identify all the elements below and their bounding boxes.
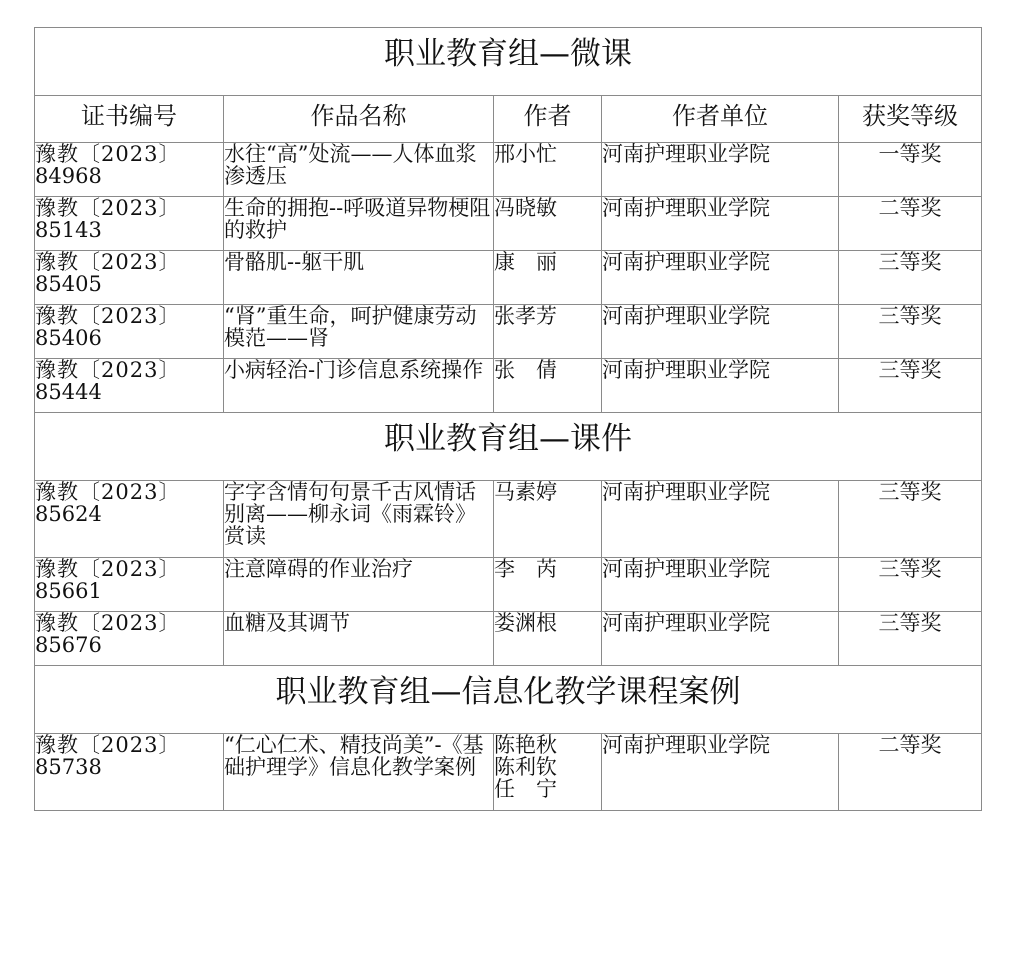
table-row: 豫教〔2023〕85143 生命的拥抱--呼吸道异物梗阻的救护 冯晓敏 河南护理…	[35, 197, 982, 251]
author-unit: 河南护理职业学院	[602, 143, 839, 197]
award-grade: 三等奖	[839, 558, 982, 612]
work-title: 注意障碍的作业治疗	[224, 558, 494, 612]
cert-number: 豫教〔2023〕85444	[35, 359, 224, 413]
column-header-author: 作者	[494, 96, 602, 143]
author: 邢小忙	[494, 143, 602, 197]
author-name: 陈艳秋	[494, 734, 601, 756]
author-name: 陈利钦	[494, 756, 601, 778]
author-unit: 河南护理职业学院	[602, 251, 839, 305]
column-header-unit: 作者单位	[602, 96, 839, 143]
column-header-title: 作品名称	[224, 96, 494, 143]
author-unit: 河南护理职业学院	[602, 305, 839, 359]
award-grade: 一等奖	[839, 143, 982, 197]
work-title: 生命的拥抱--呼吸道异物梗阻的救护	[224, 197, 494, 251]
work-title: 血糖及其调节	[224, 612, 494, 666]
table-row: 豫教〔2023〕85444 小病轻治-门诊信息系统操作 张 倩 河南护理职业学院…	[35, 359, 982, 413]
cert-number: 豫教〔2023〕85676	[35, 612, 224, 666]
award-grade: 二等奖	[839, 734, 982, 811]
award-grade: 二等奖	[839, 197, 982, 251]
table-row: 豫教〔2023〕85676 血糖及其调节 娄渊根 河南护理职业学院 三等奖	[35, 612, 982, 666]
cert-number: 豫教〔2023〕85143	[35, 197, 224, 251]
author-unit: 河南护理职业学院	[602, 481, 839, 558]
section-title: 职业教育组—课件	[35, 413, 982, 481]
author-unit: 河南护理职业学院	[602, 734, 839, 811]
award-grade: 三等奖	[839, 359, 982, 413]
cert-number: 豫教〔2023〕85738	[35, 734, 224, 811]
table-row: 豫教〔2023〕85406 “肾”重生命，呵护健康劳动模范——肾 张孝芳 河南护…	[35, 305, 982, 359]
award-grade: 三等奖	[839, 305, 982, 359]
column-header-grade: 获奖等级	[839, 96, 982, 143]
award-table: 职业教育组—微课 证书编号 作品名称 作者 作者单位 获奖等级 豫教〔2023〕…	[34, 27, 982, 811]
section-title: 职业教育组—微课	[35, 28, 982, 96]
author-unit: 河南护理职业学院	[602, 197, 839, 251]
table-row: 豫教〔2023〕84968 水往“高”处流——人体血浆渗透压 邢小忙 河南护理职…	[35, 143, 982, 197]
award-grade: 三等奖	[839, 612, 982, 666]
author-unit: 河南护理职业学院	[602, 558, 839, 612]
award-grade: 三等奖	[839, 251, 982, 305]
work-title: “仁心仁术、精技尚美”-《基础护理学》信息化教学案例	[224, 734, 494, 811]
author: 冯晓敏	[494, 197, 602, 251]
cert-number: 豫教〔2023〕85406	[35, 305, 224, 359]
author: 李 芮	[494, 558, 602, 612]
table-row: 豫教〔2023〕85405 骨骼肌--躯干肌 康 丽 河南护理职业学院 三等奖	[35, 251, 982, 305]
author-name: 任 宁	[494, 778, 601, 800]
work-title: 字字含情句句景千古风情话别离——柳永词《雨霖铃》赏读	[224, 481, 494, 558]
author: 陈艳秋 陈利钦 任 宁	[494, 734, 602, 811]
work-title: “肾”重生命，呵护健康劳动模范——肾	[224, 305, 494, 359]
work-title: 小病轻治-门诊信息系统操作	[224, 359, 494, 413]
table-row: 豫教〔2023〕85738 “仁心仁术、精技尚美”-《基础护理学》信息化教学案例…	[35, 734, 982, 811]
table-row: 豫教〔2023〕85661 注意障碍的作业治疗 李 芮 河南护理职业学院 三等奖	[35, 558, 982, 612]
work-title: 水往“高”处流——人体血浆渗透压	[224, 143, 494, 197]
cert-number: 豫教〔2023〕85405	[35, 251, 224, 305]
author: 娄渊根	[494, 612, 602, 666]
author: 康 丽	[494, 251, 602, 305]
column-header-cert: 证书编号	[35, 96, 224, 143]
cert-number: 豫教〔2023〕84968	[35, 143, 224, 197]
work-title: 骨骼肌--躯干肌	[224, 251, 494, 305]
author: 马素婷	[494, 481, 602, 558]
section-title: 职业教育组—信息化教学课程案例	[35, 666, 982, 734]
author: 张孝芳	[494, 305, 602, 359]
author: 张 倩	[494, 359, 602, 413]
author-unit: 河南护理职业学院	[602, 612, 839, 666]
table-row: 豫教〔2023〕85624 字字含情句句景千古风情话别离——柳永词《雨霖铃》赏读…	[35, 481, 982, 558]
cert-number: 豫教〔2023〕85624	[35, 481, 224, 558]
cert-number: 豫教〔2023〕85661	[35, 558, 224, 612]
award-grade: 三等奖	[839, 481, 982, 558]
author-unit: 河南护理职业学院	[602, 359, 839, 413]
